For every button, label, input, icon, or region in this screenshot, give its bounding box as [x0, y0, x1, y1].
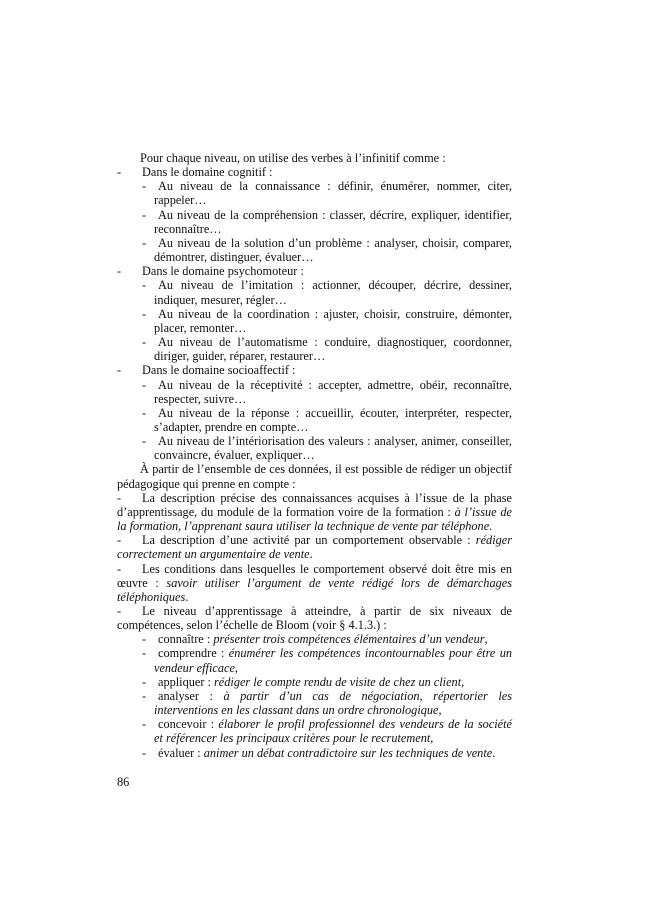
level-item: -Au niveau de la réponse : accueillir, é… — [142, 406, 512, 434]
domain-socioaffective: -Dans le domaine socioaffectif : — [117, 363, 512, 377]
bloom-level-item: -comprendre : énumérer les compétences i… — [142, 646, 512, 674]
level-item: -Au niveau de la connaissance : définir,… — [142, 179, 512, 207]
bloom-level-item: -évaluer : animer un débat contradictoir… — [142, 746, 512, 760]
criterion-item: -La description d’une activité par un co… — [117, 533, 512, 561]
level-item: -Au niveau de la solution d’un problème … — [142, 236, 512, 264]
bullet-dash: - — [117, 165, 121, 179]
objective-intro-paragraph: À partir de l’ensemble de ces données, i… — [117, 462, 512, 490]
level-item: -Au niveau de la compréhension : classer… — [142, 208, 512, 236]
bullet-dash: - — [117, 264, 121, 278]
level-item: -Au niveau de la coordination : ajuster,… — [142, 307, 512, 335]
level-item: -Au niveau de l’imitation : actionner, d… — [142, 278, 512, 306]
bloom-level-item: -concevoir : élaborer le profil professi… — [142, 717, 512, 745]
level-item: -Au niveau de la réceptivité : accepter,… — [142, 378, 512, 406]
domain-psychomotor: -Dans le domaine psychomoteur : — [117, 264, 512, 278]
domain-cognitive: -Dans le domaine cognitif : — [117, 165, 512, 179]
level-item: -Au niveau de l’intériorisation des vale… — [142, 434, 512, 462]
criterion-item: -Le niveau d’apprentissage à atteindre, … — [117, 604, 512, 632]
page-number: 86 — [117, 775, 129, 790]
bloom-level-item: -appliquer : rédiger le compte rendu de … — [142, 675, 512, 689]
criterion-item: -Les conditions dans lesquelles le compo… — [117, 562, 512, 604]
bloom-level-item: -analyser : à partir d’un cas de négocia… — [142, 689, 512, 717]
level-item: -Au niveau de l’automatisme : conduire, … — [142, 335, 512, 363]
bullet-dash: - — [117, 363, 121, 377]
criterion-item: -La description précise des connaissance… — [117, 491, 512, 533]
bloom-level-item: -connaître : présenter trois compétences… — [142, 632, 512, 646]
intro-paragraph: Pour chaque niveau, on utilise des verbe… — [117, 151, 512, 165]
page-body: Pour chaque niveau, on utilise des verbe… — [117, 151, 512, 760]
